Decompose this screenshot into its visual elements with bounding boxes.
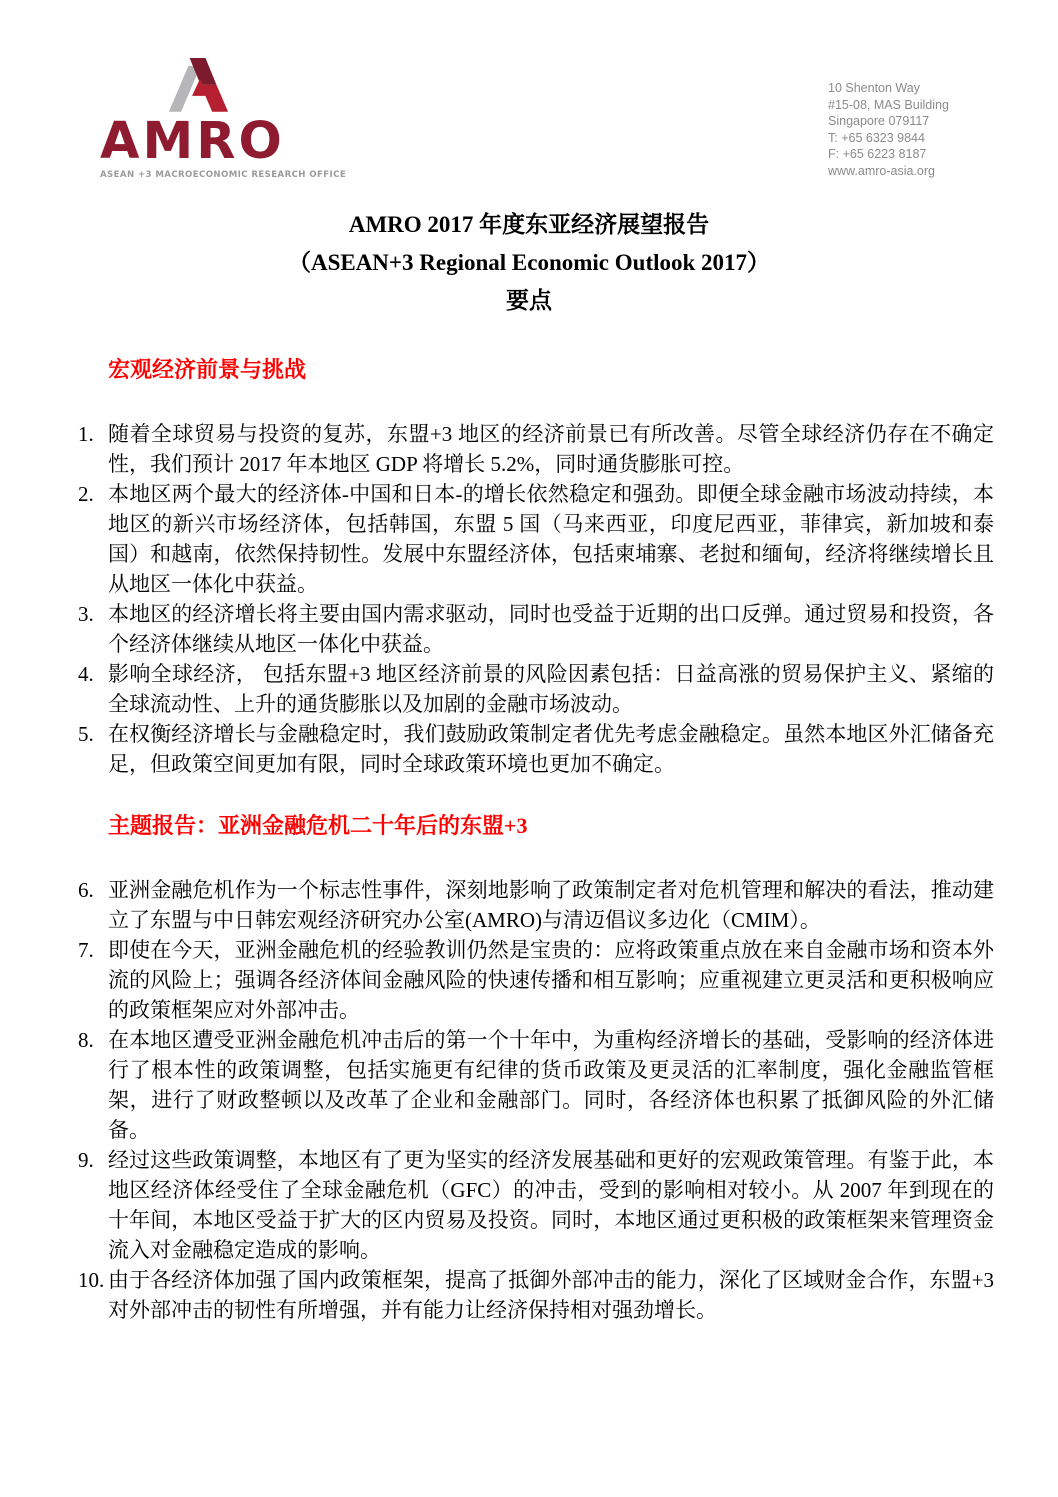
list-item: 6. 亚洲金融危机作为一个标志性事件，深刻地影响了政策制定者对危机管理和解决的看… <box>78 875 994 935</box>
address-line: Singapore 079117 <box>828 113 988 130</box>
item-text: 在权衡经济增长与金融稳定时，我们鼓励政策制定者优先考虑金融稳定。虽然本地区外汇储… <box>108 719 994 779</box>
address-line-website: www.amro-asia.org <box>828 163 988 180</box>
amro-logo-mark-icon <box>144 58 256 116</box>
item-number: 2. <box>78 479 108 599</box>
section-heading-macro-outlook: 宏观经济前景与挑战 <box>108 355 994 385</box>
item-number: 6. <box>78 875 108 935</box>
item-text: 本地区两个最大的经济体-中国和日本-的增长依然稳定和强劲。即便全球金融市场波动持… <box>108 479 994 599</box>
item-number: 4. <box>78 659 108 719</box>
item-text: 经过这些政策调整，本地区有了更为坚实的经济发展基础和更好的宏观政策管理。有鉴于此… <box>108 1145 994 1265</box>
list-item: 7. 即使在今天，亚洲金融危机的经验教训仍然是宝贵的：应将政策重点放在来自金融市… <box>78 935 994 1025</box>
item-number: 8. <box>78 1025 108 1145</box>
item-number: 3. <box>78 599 108 659</box>
list-item: 1. 随着全球贸易与投资的复苏，东盟+3 地区的经济前景已有所改善。尽管全球经济… <box>78 419 994 479</box>
item-text: 影响全球经济， 包括东盟+3 地区经济前景的风险因素包括：日益高涨的贸易保护主义… <box>108 659 994 719</box>
list-item: 2. 本地区两个最大的经济体-中国和日本-的增长依然稳定和强劲。即便全球金融市场… <box>78 479 994 599</box>
list-item: 5. 在权衡经济增长与金融稳定时，我们鼓励政策制定者优先考虑金融稳定。虽然本地区… <box>78 719 994 779</box>
item-number: 1. <box>78 419 108 479</box>
amro-wordmark: AMRO <box>100 118 320 166</box>
list-item: 9. 经过这些政策调整，本地区有了更为坚实的经济发展基础和更好的宏观政策管理。有… <box>78 1145 994 1265</box>
item-text: 随着全球贸易与投资的复苏，东盟+3 地区的经济前景已有所改善。尽管全球经济仍存在… <box>108 419 994 479</box>
numbered-list-thematic-report: 6. 亚洲金融危机作为一个标志性事件，深刻地影响了政策制定者对危机管理和解决的看… <box>78 875 994 1325</box>
item-text: 亚洲金融危机作为一个标志性事件，深刻地影响了政策制定者对危机管理和解决的看法，推… <box>108 875 994 935</box>
amro-logo: AMRO ASEAN +3 MACROECONOMIC RESEARCH OFF… <box>100 58 320 180</box>
amro-tagline: ASEAN +3 MACROECONOMIC RESEARCH OFFICE <box>100 170 320 180</box>
title-line-3: 要点 <box>0 282 1058 320</box>
address-line: #15-08, MAS Building <box>828 97 988 114</box>
document-page: AMRO ASEAN +3 MACROECONOMIC RESEARCH OFF… <box>0 0 1058 1497</box>
list-item: 10. 由于各经济体加强了国内政策框架，提高了抵御外部冲击的能力，深化了区域财金… <box>78 1265 994 1325</box>
address-line-phone: T: +65 6323 9844 <box>828 130 988 147</box>
address-line: 10 Shenton Way <box>828 80 988 97</box>
title-line-1: AMRO 2017 年度东亚经济展望报告 <box>0 206 1058 244</box>
item-text: 在本地区遭受亚洲金融危机冲击后的第一个十年中，为重构经济增长的基础，受影响的经济… <box>108 1025 994 1145</box>
address-block: 10 Shenton Way #15-08, MAS Building Sing… <box>828 80 988 180</box>
item-number: 7. <box>78 935 108 1025</box>
item-text: 即使在今天，亚洲金融危机的经验教训仍然是宝贵的：应将政策重点放在来自金融市场和资… <box>108 935 994 1025</box>
list-item: 8. 在本地区遭受亚洲金融危机冲击后的第一个十年中，为重构经济增长的基础，受影响… <box>78 1025 994 1145</box>
item-text: 本地区的经济增长将主要由国内需求驱动，同时也受益于近期的出口反弹。通过贸易和投资… <box>108 599 994 659</box>
letterhead: AMRO ASEAN +3 MACROECONOMIC RESEARCH OFF… <box>100 58 988 180</box>
numbered-list-macro-outlook: 1. 随着全球贸易与投资的复苏，东盟+3 地区的经济前景已有所改善。尽管全球经济… <box>78 419 994 779</box>
item-number: 9. <box>78 1145 108 1265</box>
item-number: 10. <box>78 1265 108 1325</box>
list-item: 3. 本地区的经济增长将主要由国内需求驱动，同时也受益于近期的出口反弹。通过贸易… <box>78 599 994 659</box>
title-line-2: （ASEAN+3 Regional Economic Outlook 2017） <box>0 244 1058 282</box>
list-item: 4. 影响全球经济， 包括东盟+3 地区经济前景的风险因素包括：日益高涨的贸易保… <box>78 659 994 719</box>
address-line-fax: F: +65 6223 8187 <box>828 146 988 163</box>
section-heading-thematic-report: 主题报告：亚洲金融危机二十年后的东盟+3 <box>108 811 994 841</box>
item-number: 5. <box>78 719 108 779</box>
item-text: 由于各经济体加强了国内政策框架，提高了抵御外部冲击的能力，深化了区域财金合作，东… <box>108 1265 994 1325</box>
document-body: 宏观经济前景与挑战 1. 随着全球贸易与投资的复苏，东盟+3 地区的经济前景已有… <box>78 355 994 1325</box>
document-title: AMRO 2017 年度东亚经济展望报告 （ASEAN+3 Regional E… <box>0 206 1058 320</box>
